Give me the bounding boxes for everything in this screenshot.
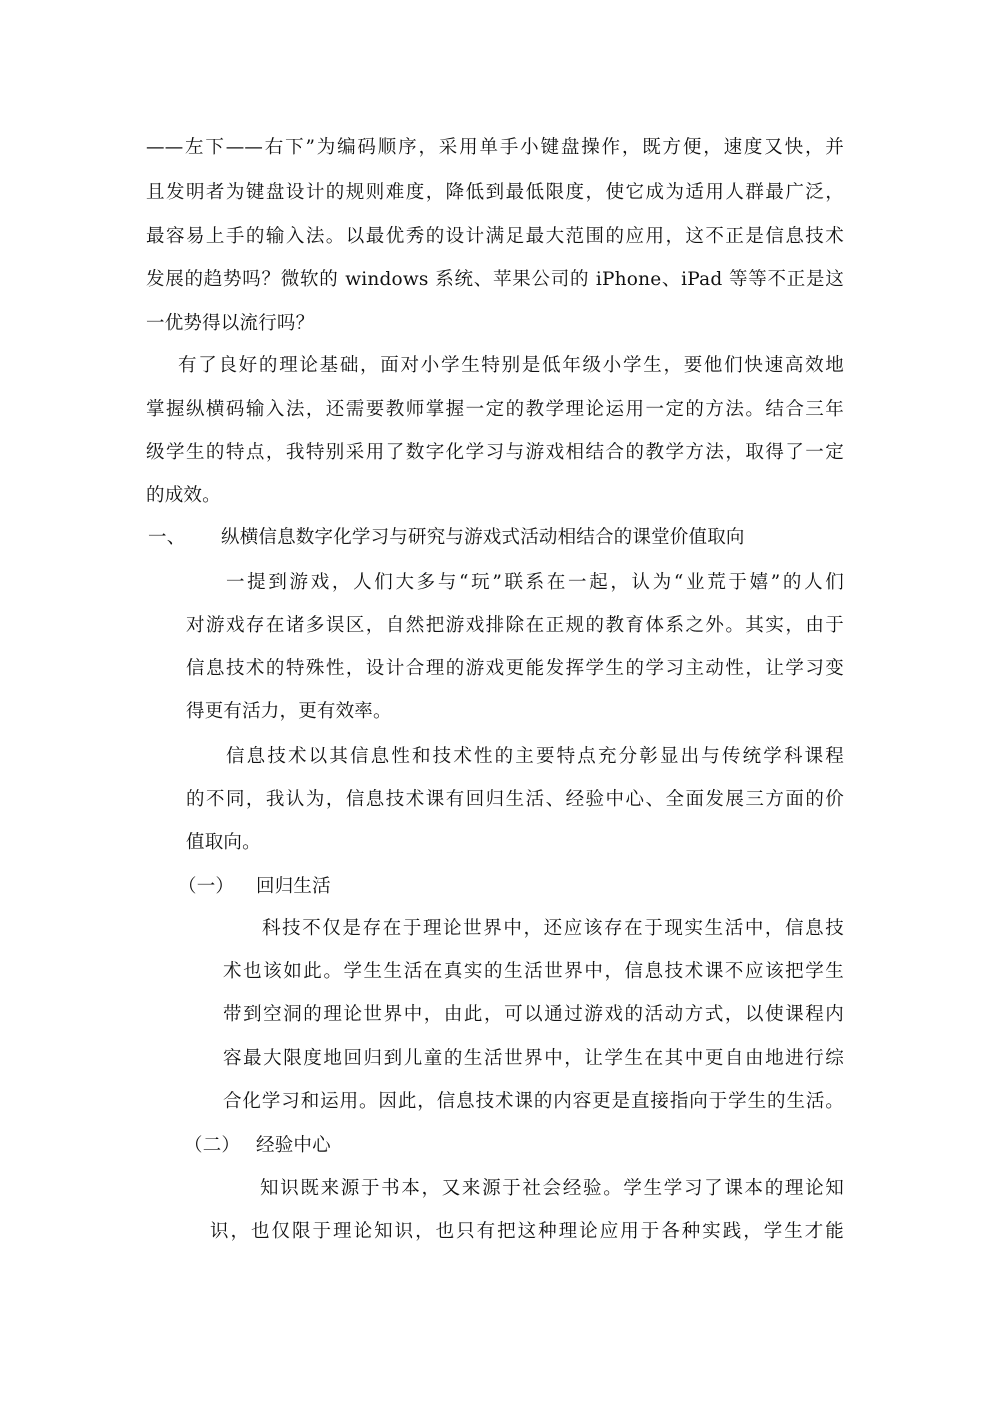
text-line: 一优势得以流行吗？ bbox=[146, 312, 314, 336]
text-line: 发展的趋势吗？微软的 windows 系统、苹果公司的 iPhone、iPad … bbox=[146, 268, 844, 292]
text-line: 值取向。 bbox=[186, 831, 261, 855]
subheading-number: （一） bbox=[178, 875, 234, 899]
document-page: ——左下——右下”为编码顺序，采用单手小键盘操作，既方便，速度又快，并 且发明者… bbox=[0, 0, 992, 1403]
text-line: 术也该如此。学生生活在真实的生活世界中，信息技术课不应该把学生 bbox=[223, 960, 844, 984]
subheading-text: 经验中心 bbox=[256, 1134, 331, 1158]
text-line: 得更有活力，更有效率。 bbox=[186, 700, 392, 724]
text-line: 最容易上手的输入法。以最优秀的设计满足最大范围的应用，这不正是信息技术 bbox=[146, 225, 844, 249]
text-line: 信息技术的特殊性，设计合理的游戏更能发挥学生的学习主动性，让学习变 bbox=[186, 657, 844, 681]
text-line: 合化学习和运用。因此，信息技术课的内容更是直接指向于学生的生活。 bbox=[223, 1090, 844, 1114]
text-line: 的不同，我认为，信息技术课有回归生活、经验中心、全面发展三方面的价 bbox=[186, 788, 844, 812]
heading-number: 一、 bbox=[148, 526, 185, 550]
text-line: ——左下——右下”为编码顺序，采用单手小键盘操作，既方便，速度又快，并 bbox=[146, 136, 844, 160]
text-line: 知识既来源于书本，又来源于社会经验。学生学习了课本的理论知 bbox=[260, 1177, 844, 1201]
text-line: 对游戏存在诸多误区，自然把游戏排除在正规的教育体系之外。其实，由于 bbox=[186, 614, 844, 638]
text-line: 容最大限度地回归到儿童的生活世界中，让学生在其中更自由地进行综 bbox=[223, 1047, 844, 1071]
text-line: 级学生的特点，我特别采用了数字化学习与游戏相结合的教学方法，取得了一定 bbox=[146, 441, 844, 465]
text-line: 识，也仅限于理论知识，也只有把这种理论应用于各种实践，学生才能 bbox=[210, 1220, 844, 1244]
heading-text: 纵横信息数字化学习与研究与游戏式活动相结合的课堂价值取向 bbox=[221, 526, 745, 550]
subheading-number: （二） bbox=[184, 1134, 240, 1158]
text-line: 的成效。 bbox=[146, 484, 221, 508]
text-line: 掌握纵横码输入法，还需要教师掌握一定的教学理论运用一定的方法。结合三年 bbox=[146, 398, 844, 422]
subheading-text: 回归生活 bbox=[256, 875, 331, 899]
text-line: 科技不仅是存在于理论世界中，还应该存在于现实生活中，信息技 bbox=[262, 917, 844, 941]
text-line: 带到空洞的理论世界中，由此，可以通过游戏的活动方式，以使课程内 bbox=[223, 1003, 844, 1027]
text-line: 且发明者为键盘设计的规则难度，降低到最低限度，使它成为适用人群最广泛， bbox=[146, 181, 844, 205]
text-line: 有了良好的理论基础，面对小学生特别是低年级小学生，要他们快速高效地 bbox=[178, 354, 844, 378]
text-line: 信息技术以其信息性和技术性的主要特点充分彰显出与传统学科课程 bbox=[226, 745, 844, 769]
text-line: 一提到游戏，人们大多与“玩”联系在一起，认为“业荒于嬉”的人们 bbox=[226, 571, 844, 595]
